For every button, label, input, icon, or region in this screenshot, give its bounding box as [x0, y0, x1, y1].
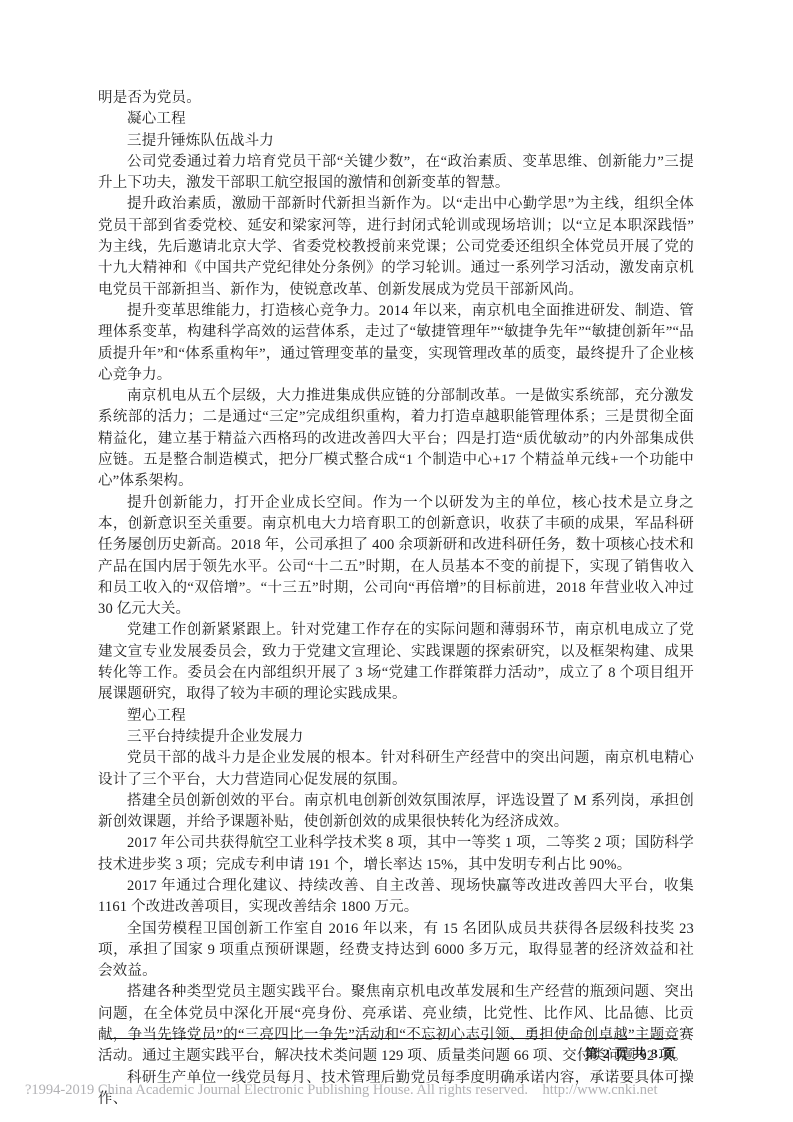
document-page: 明是否为党员。 凝心工程 三提升锤炼队伍战斗力 公司党委通过着力培育党员干部“关… [0, 0, 793, 1122]
section-heading-suxin: 塑心工程 [98, 706, 694, 727]
paragraph: 提升政治素质，激励干部新时代新担当新作为。以“走出中心勤学思”为主线，组织全体党… [98, 194, 694, 300]
cnki-copyright-watermark: ?1994-2019 China Academic Journal Electr… [25, 1082, 658, 1099]
paragraph-continuation: 明是否为党员。 [98, 88, 694, 109]
paragraph: 全国劳模程卫国创新工作室自 2016 年以来，有 15 名团队成员共获得各层级科… [98, 919, 694, 983]
section-subheading-santisheng: 三提升锤炼队伍战斗力 [98, 131, 694, 152]
paragraph: 2017 年公司共获得航空工业科学技术奖 8 项，其中一等奖 1 项，二等奖 2… [98, 833, 694, 876]
paragraph: 2017 年通过合理化建议、持续改善、自主改善、现场快赢等改进改善四大平台，收集… [98, 876, 694, 919]
article-body: 明是否为党员。 凝心工程 三提升锤炼队伍战斗力 公司党委通过着力培育党员干部“关… [98, 88, 694, 1110]
paragraph: 搭建全员创新创效的平台。南京机电创新创效氛围浓厚，评选设置了 M 系列岗，承担创… [98, 791, 694, 834]
paragraph: 党员干部的战斗力是企业发展的根本。针对科研生产经营中的突出问题，南京机电精心设计… [98, 748, 694, 791]
page-number: 第 2 页 共 3 页 [107, 1043, 677, 1062]
paragraph: 南京机电从五个层级，大力推进集成供应链的分部制改革。一是做实系统部，充分激发系统… [98, 386, 694, 492]
section-heading-ningxin: 凝心工程 [98, 109, 694, 130]
paragraph: 提升创新能力，打开企业成长空间。作为一个以研发为主的单位，核心技术是立身之本，创… [98, 493, 694, 621]
footer-divider [107, 1038, 677, 1039]
paragraph: 提升变革思维能力，打造核心竞争力。2014 年以来，南京机电全面推进研发、制造、… [98, 301, 694, 386]
section-subheading-sanpingtai: 三平台持续提升企业发展力 [98, 727, 694, 748]
paragraph: 党建工作创新紧紧跟上。针对党建工作存在的实际问题和薄弱环节，南京机电成立了党建文… [98, 620, 694, 705]
paragraph: 公司党委通过着力培育党员干部“关键少数”，在“政治素质、变革思维、创新能力”三提… [98, 152, 694, 195]
